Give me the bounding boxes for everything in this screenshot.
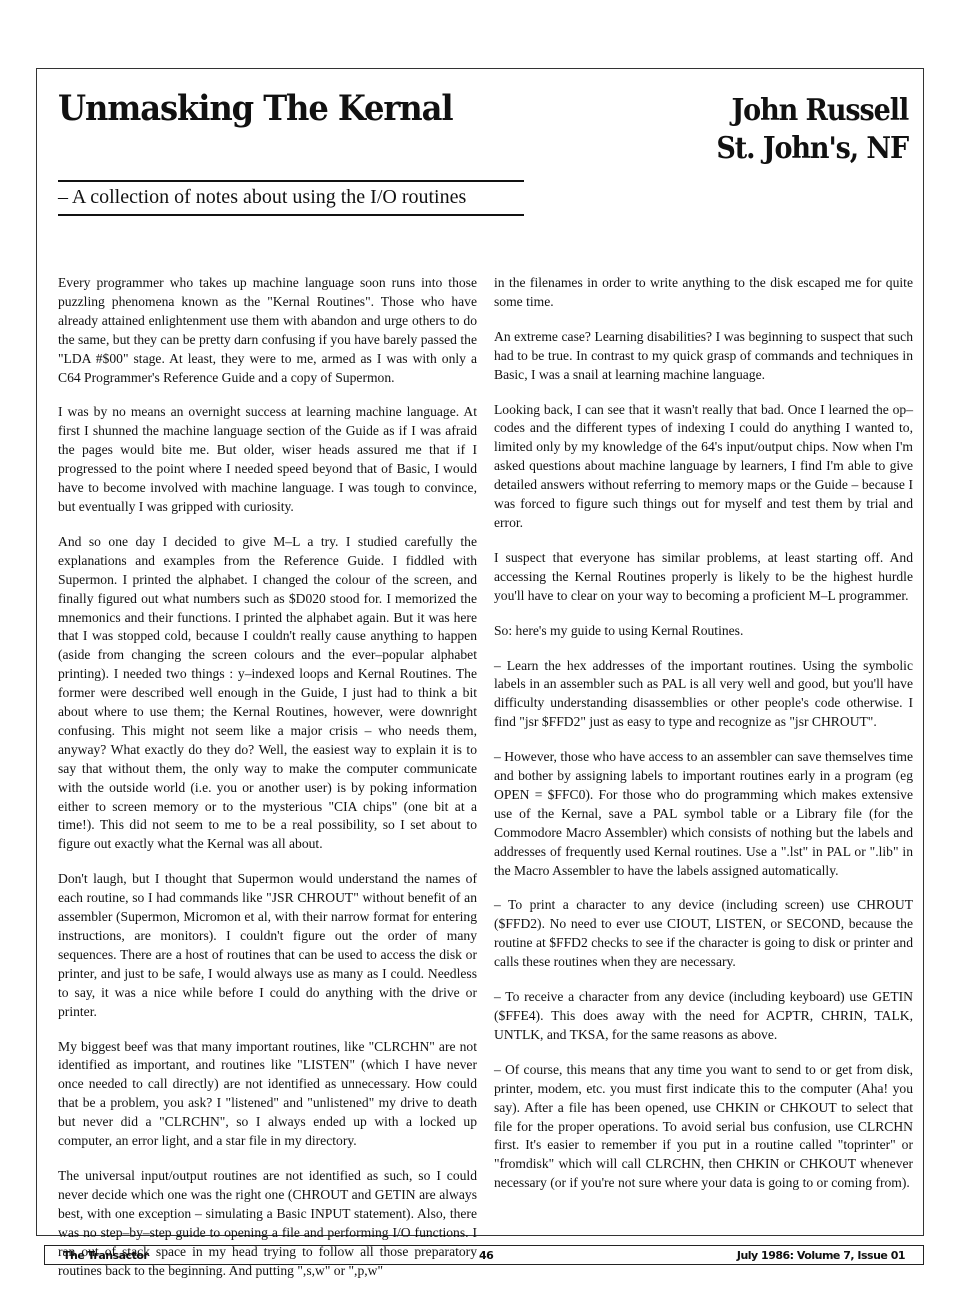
paragraph: So: here's my guide to using Kernal Rout… (494, 622, 913, 641)
tip-paragraph: – Learn the hex addresses of the importa… (494, 657, 913, 733)
tip-paragraph: – However, those who have access to an a… (494, 748, 913, 880)
tip-paragraph: – To print a character to any device (in… (494, 896, 913, 972)
page-number: 46 (479, 1249, 493, 1262)
author-name: John Russell (716, 92, 908, 130)
paragraph: I suspect that everyone has similar prob… (494, 549, 913, 606)
paragraph: Don't laugh, but I thought that Supermon… (58, 870, 477, 1021)
right-column: in the filenames in order to write anyth… (494, 274, 913, 1209)
paragraph: in the filenames in order to write anyth… (494, 274, 913, 312)
paragraph: My biggest beef was that many important … (58, 1038, 477, 1151)
article-subtitle: – A collection of notes about using the … (58, 180, 524, 216)
paragraph: Every programmer who takes up machine la… (58, 274, 477, 387)
paragraph: And so one day I decided to give M–L a t… (58, 533, 477, 854)
left-column: Every programmer who takes up machine la… (58, 274, 477, 1296)
author-location: St. John's, NF (716, 130, 908, 168)
author-block: John Russell St. John's, NF (716, 92, 908, 168)
tip-paragraph: – To receive a character from any device… (494, 988, 913, 1045)
tip-paragraph: – Of course, this means that any time yo… (494, 1061, 913, 1193)
issue-info: July 1986: Volume 7, Issue 01 (737, 1249, 905, 1262)
paragraph: An extreme case? Learning disabilities? … (494, 328, 913, 385)
paragraph: Looking back, I can see that it wasn't r… (494, 401, 913, 533)
page-footer: The Transactor 46 July 1986: Volume 7, I… (44, 1245, 924, 1265)
paragraph: I was by no means an overnight success a… (58, 403, 477, 516)
publication-name: The Transactor (63, 1249, 148, 1262)
article-title: Unmasking The Kernal (58, 88, 452, 129)
